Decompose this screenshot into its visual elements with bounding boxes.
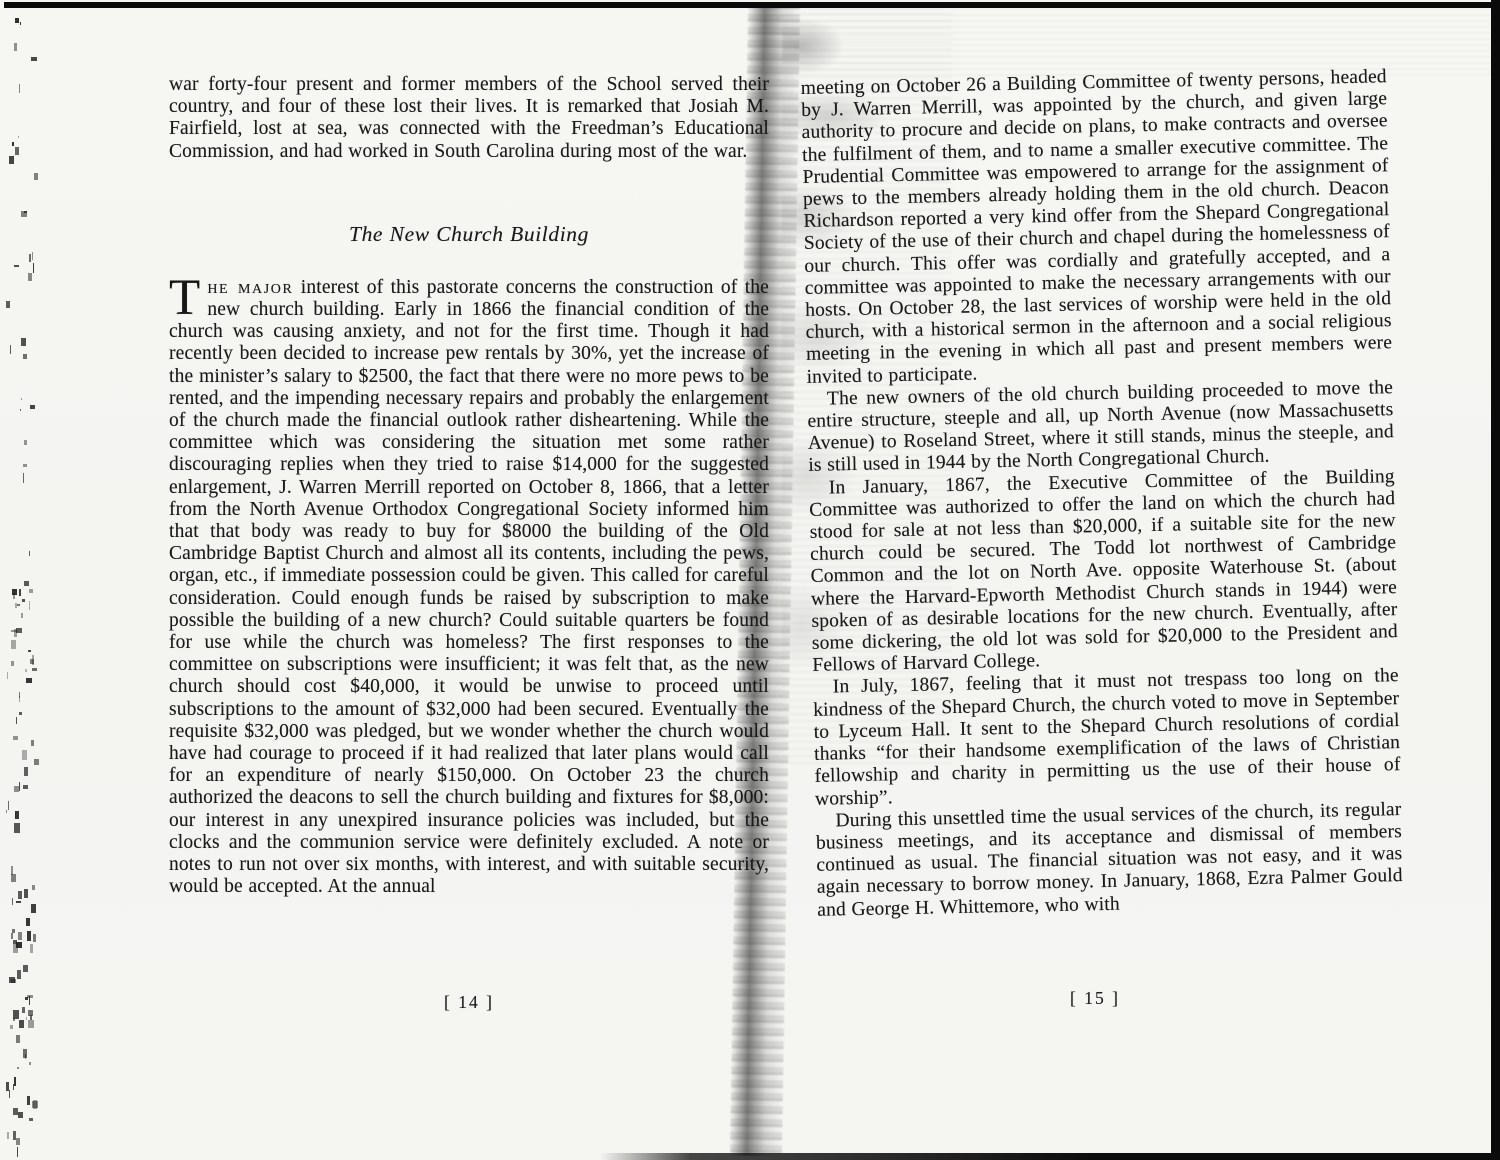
speck bbox=[18, 891, 23, 899]
paragraph: In July, 1867, feeling that it must not … bbox=[813, 666, 1402, 811]
speck bbox=[28, 1010, 33, 1016]
speck bbox=[22, 750, 27, 760]
speck bbox=[26, 678, 32, 684]
paragraph-dropcap: The major interest of this pastorate con… bbox=[169, 277, 769, 899]
speck bbox=[12, 929, 15, 933]
speck bbox=[15, 147, 19, 155]
speck bbox=[11, 640, 16, 649]
speck bbox=[24, 889, 28, 898]
speck bbox=[29, 601, 30, 610]
speck bbox=[28, 650, 32, 652]
speck bbox=[19, 1020, 24, 1029]
speck bbox=[23, 473, 25, 483]
speck bbox=[34, 173, 39, 180]
smallcaps-lead-in: he major bbox=[207, 277, 293, 298]
speck bbox=[33, 934, 35, 941]
page-left: war forty-four present and former member… bbox=[169, 74, 769, 899]
speck bbox=[24, 440, 27, 445]
speck bbox=[18, 136, 19, 138]
speck bbox=[19, 589, 21, 596]
speck bbox=[14, 265, 19, 267]
speck bbox=[11, 933, 13, 940]
speck bbox=[16, 717, 18, 724]
speck bbox=[13, 1010, 19, 1019]
speck bbox=[22, 599, 25, 603]
speck bbox=[32, 885, 35, 890]
speck bbox=[21, 338, 27, 346]
speck bbox=[22, 1007, 26, 1014]
speck bbox=[20, 22, 21, 25]
paragraph-text: interest of this pastorate concerns the … bbox=[169, 277, 769, 897]
speck bbox=[28, 1020, 34, 1029]
speck bbox=[20, 409, 21, 412]
speck bbox=[30, 944, 33, 953]
speck bbox=[6, 301, 10, 307]
speck bbox=[8, 801, 9, 810]
speck bbox=[16, 628, 22, 633]
speck bbox=[26, 918, 30, 926]
speck bbox=[24, 211, 27, 213]
scan-noise-left-edge bbox=[0, 0, 46, 1160]
paragraph: The new owners of the old church buildin… bbox=[807, 377, 1395, 478]
speck bbox=[23, 1049, 27, 1058]
scan-streaks bbox=[760, 8, 1500, 78]
speck bbox=[19, 84, 20, 93]
speck bbox=[7, 1132, 9, 1139]
scan-edge-right bbox=[1491, 0, 1500, 1160]
paragraph-continuation: meeting on October 26 a Building Committ… bbox=[801, 66, 1393, 389]
speck bbox=[21, 613, 24, 618]
speck bbox=[7, 672, 9, 680]
speck bbox=[29, 1118, 33, 1121]
paragraph-continuation: war forty-four present and former member… bbox=[169, 74, 769, 163]
page-number-right: [ 15 ] bbox=[802, 988, 1388, 1009]
speck bbox=[17, 1067, 19, 1069]
speck bbox=[29, 254, 31, 262]
speck bbox=[29, 1062, 31, 1066]
dropcap-letter: T bbox=[169, 277, 207, 317]
speck bbox=[29, 589, 33, 594]
speck bbox=[9, 977, 15, 983]
speck bbox=[18, 1112, 23, 1118]
speck bbox=[24, 581, 29, 586]
speck bbox=[30, 405, 35, 409]
speck bbox=[12, 898, 14, 905]
speck bbox=[17, 1147, 18, 1156]
book-scan-spread: war forty-four present and former member… bbox=[0, 0, 1500, 1160]
speck bbox=[32, 1101, 38, 1108]
speck bbox=[14, 786, 19, 792]
speck bbox=[17, 970, 21, 979]
speck bbox=[31, 740, 34, 746]
speck bbox=[32, 655, 34, 665]
speck bbox=[15, 18, 19, 22]
page-number-left: [ 14 ] bbox=[169, 992, 769, 1013]
speck bbox=[12, 589, 17, 594]
speck bbox=[24, 767, 29, 776]
speck bbox=[25, 669, 27, 672]
speck bbox=[32, 252, 34, 261]
speck bbox=[34, 759, 39, 766]
speck bbox=[33, 263, 34, 273]
speck bbox=[27, 1096, 30, 1105]
speck bbox=[29, 551, 31, 556]
speck bbox=[10, 345, 12, 354]
speck bbox=[27, 995, 33, 999]
scan-edge-top bbox=[4, 2, 1500, 8]
paragraph: During this unsettled time the usual ser… bbox=[815, 799, 1403, 922]
speck bbox=[16, 942, 22, 948]
speck bbox=[16, 1138, 20, 1145]
speck bbox=[19, 782, 21, 791]
speck bbox=[10, 1025, 13, 1029]
speck bbox=[12, 142, 14, 147]
scan-edge-bottom bbox=[600, 1153, 1500, 1160]
speck bbox=[15, 813, 16, 818]
speck bbox=[19, 712, 22, 715]
speck bbox=[23, 354, 27, 360]
speck bbox=[16, 1035, 20, 1043]
speck bbox=[9, 1090, 11, 1097]
speck bbox=[21, 398, 23, 400]
speck bbox=[23, 785, 29, 789]
speck bbox=[23, 965, 28, 972]
speck bbox=[23, 464, 27, 467]
speck bbox=[13, 736, 18, 740]
speck bbox=[6, 810, 7, 812]
speck bbox=[18, 932, 22, 941]
speck bbox=[11, 866, 13, 876]
speck bbox=[14, 43, 18, 51]
speck bbox=[27, 931, 32, 940]
speck bbox=[16, 901, 22, 903]
paragraph: In January, 1867, the Executive Committe… bbox=[809, 466, 1399, 678]
speck bbox=[11, 661, 14, 665]
speck bbox=[15, 603, 18, 608]
speck bbox=[9, 156, 15, 165]
speck bbox=[19, 696, 20, 702]
speck bbox=[14, 823, 20, 833]
speck bbox=[31, 57, 37, 61]
page-right: meeting on October 26 a Building Committ… bbox=[801, 66, 1404, 921]
speck bbox=[31, 904, 36, 913]
speck bbox=[28, 273, 32, 282]
speck bbox=[17, 604, 20, 606]
speck bbox=[26, 1017, 27, 1020]
speck bbox=[14, 1077, 15, 1086]
section-heading: The New Church Building bbox=[169, 221, 769, 247]
speck bbox=[32, 668, 38, 671]
